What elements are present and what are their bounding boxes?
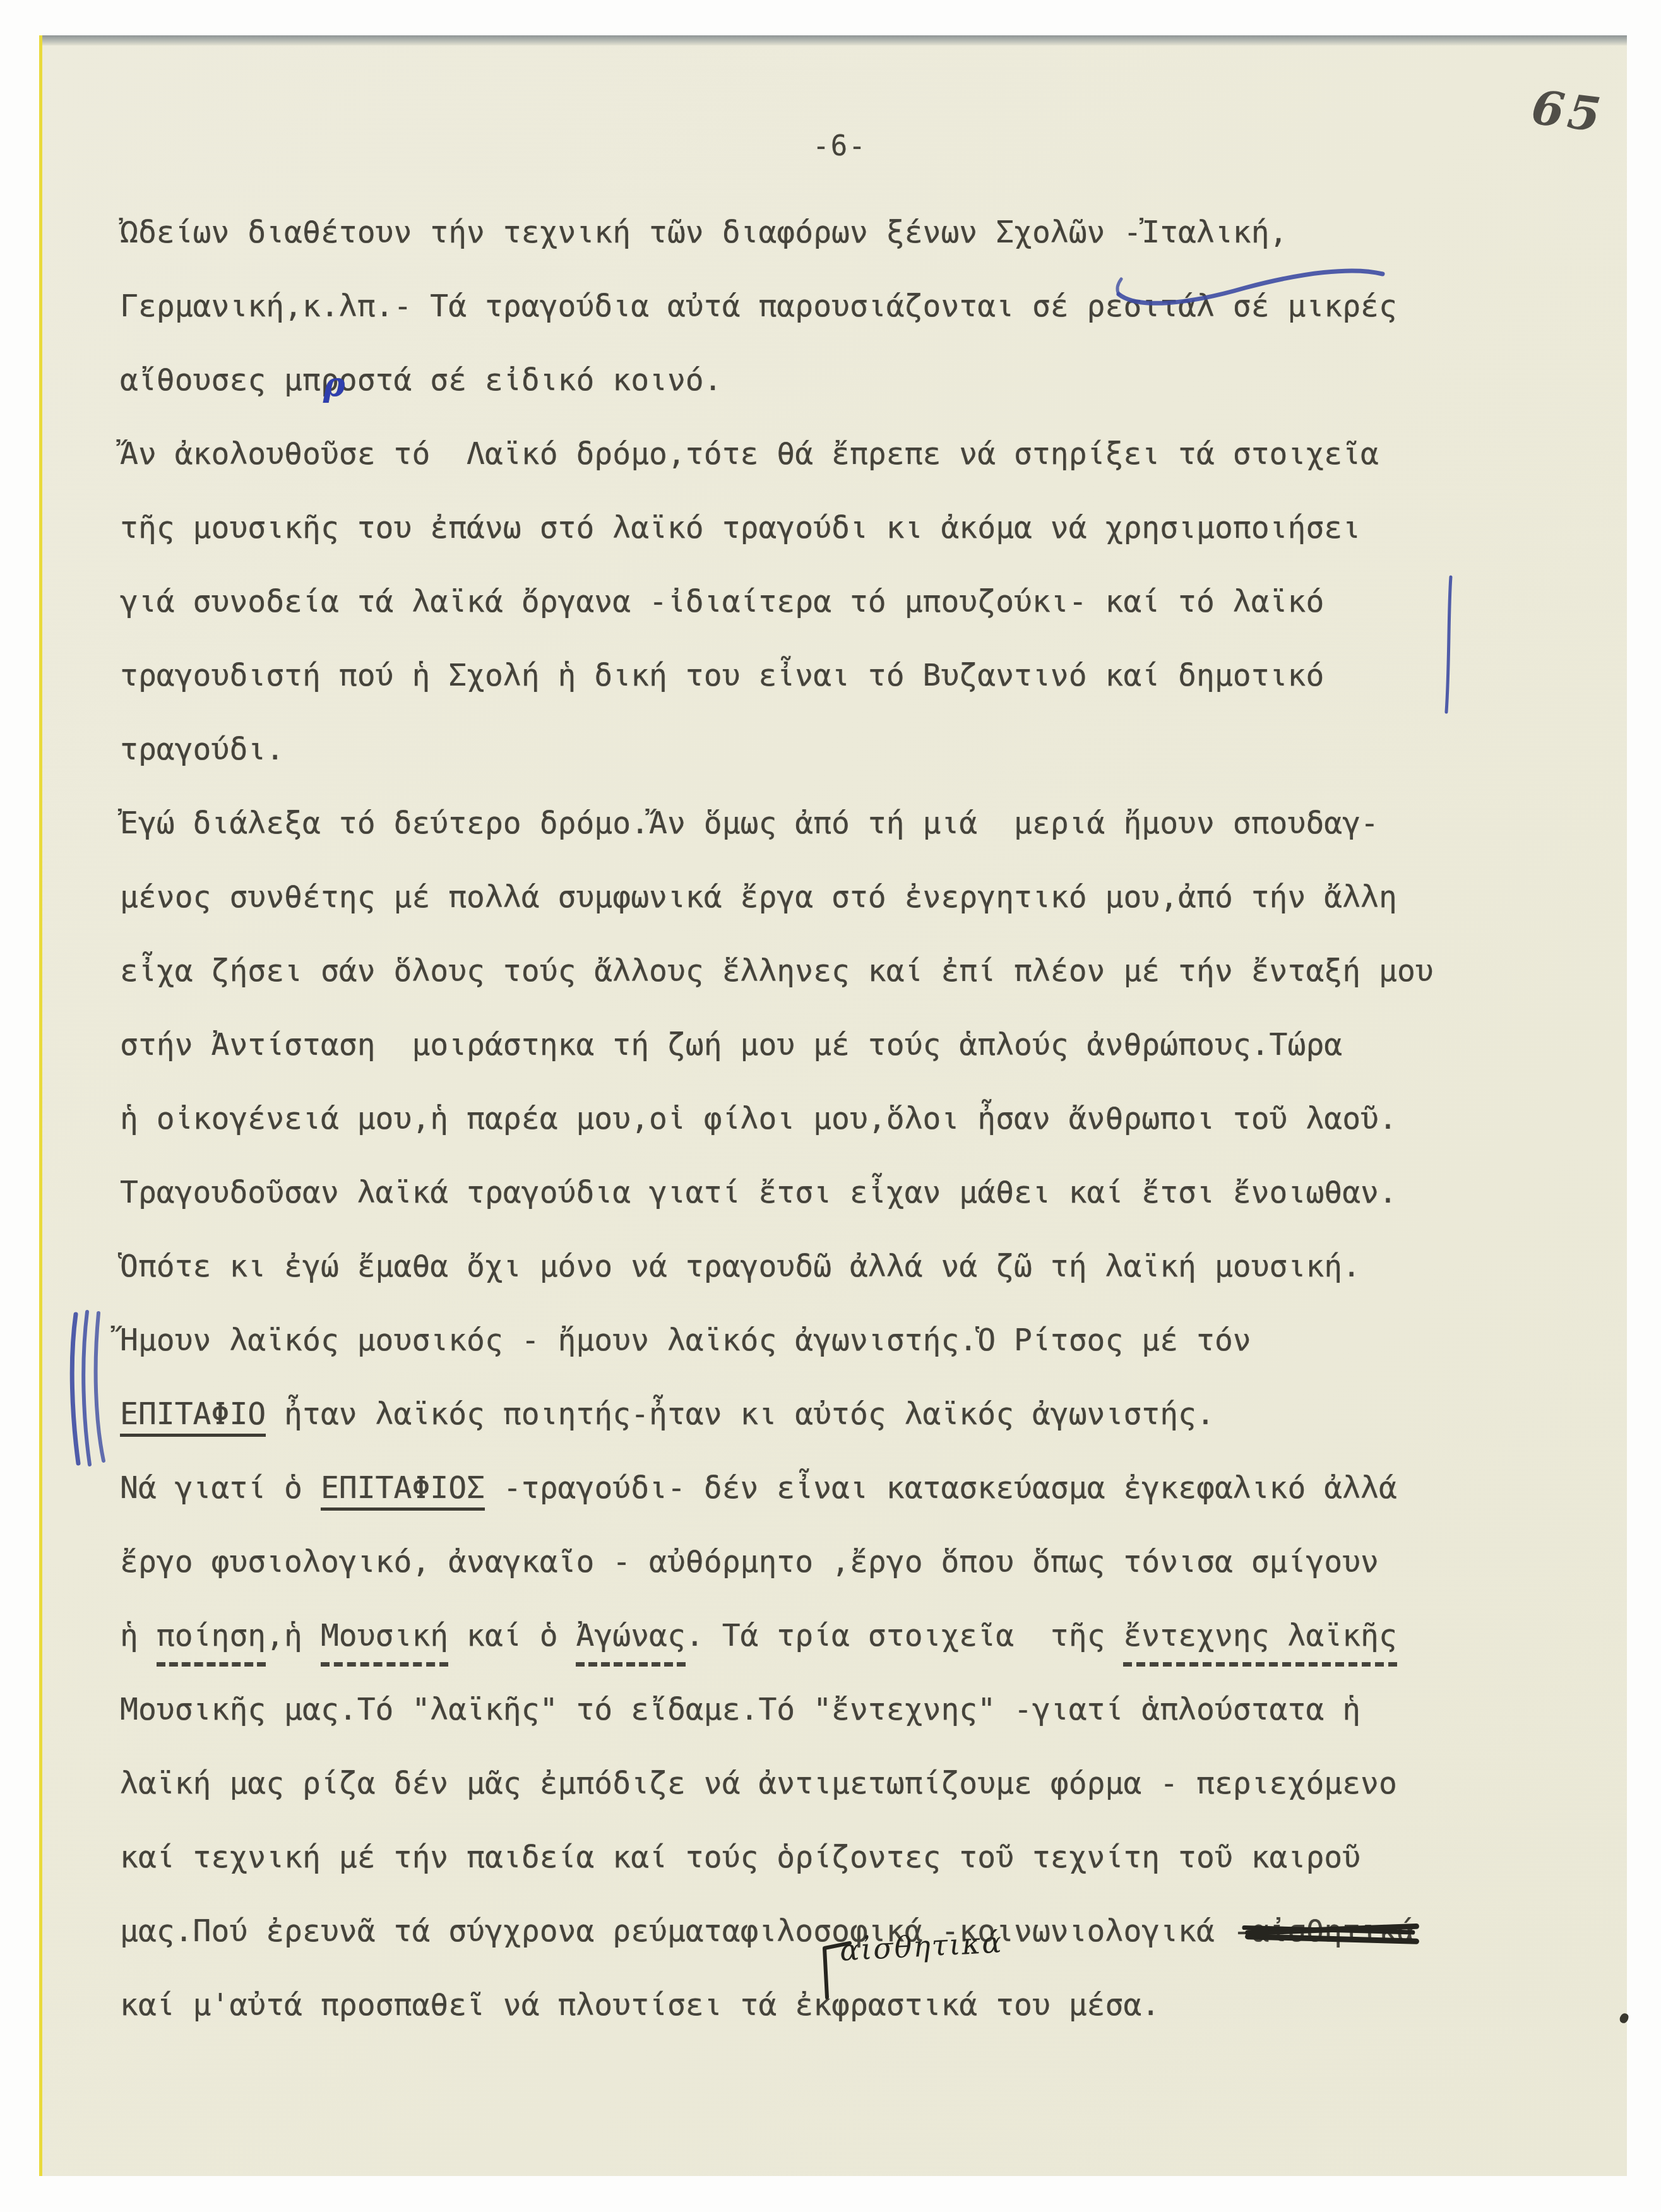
- handwritten-page-number: 65: [1528, 80, 1607, 143]
- blue-margin-line-right-annotation: [1442, 575, 1457, 714]
- typed-segment: Ἐγώ διάλεξα τό δεύτερο δρόμο.Ἄν ὅμως ἀπό…: [120, 806, 1379, 841]
- typed-segment: -τραγούδι- δέν εἶναι κατασκεύασμα ἐγκεφα…: [485, 1470, 1397, 1506]
- typed-line: Τραγουδοῦσαν λαϊκά τραγούδια γιατί ἔτσι …: [120, 1175, 1547, 1249]
- typed-segment-u-dash: ποίηση: [157, 1618, 266, 1667]
- typed-segment: Ὁπότε κι ἐγώ ἔμαθα ὄχι μόνο νά τραγουδῶ …: [120, 1249, 1360, 1284]
- typed-segment: οστά σέ εἰδικό κοινό.: [339, 362, 722, 398]
- typed-segment: καί τεχνική μέ τήν παιδεία καί τούς ὁρίζ…: [120, 1840, 1360, 1875]
- typed-line: λαϊκή μας ρίζα δέν μᾶς ἐμπόδιζε νά ἀντιμ…: [120, 1766, 1547, 1840]
- typed-segment: μένος συνθέτης μέ πολλά συμφωνικά ἔργα σ…: [120, 879, 1397, 915]
- blue-overwritten-letter: ρ: [323, 366, 345, 404]
- typed-lines: Ὠδείων διαθέτουν τήν τεχνική τῶν διαφόρω…: [120, 215, 1547, 2061]
- typed-page-number: -6-: [789, 130, 890, 162]
- typed-line: ἡ οἰκογένειά μου,ἡ παρέα μου,οἱ φίλοι μο…: [120, 1101, 1547, 1175]
- typed-segment: Ὠδείων διαθέτουν τήν τεχνική τῶν διαφόρω…: [120, 215, 1288, 250]
- typed-line: Ἐγώ διάλεξα τό δεύτερο δρόμο.Ἄν ὅμως ἀπό…: [120, 806, 1547, 879]
- typed-line: Ἤμουν λαϊκός μουσικός - ἤμουν λαϊκός ἀγω…: [120, 1323, 1547, 1396]
- typed-segment: Νά γιατί ὁ: [120, 1470, 321, 1506]
- typed-segment: Ἤμουν λαϊκός μουσικός - ἤμουν λαϊκός ἀγω…: [120, 1323, 1251, 1358]
- typed-segment: ἦταν λαϊκός ποιητής-ἦταν κι αὐτός λαϊκός…: [266, 1396, 1215, 1432]
- typed-segment: λαϊκή μας ρίζα δέν μᾶς ἐμπόδιζε νά ἀντιμ…: [120, 1766, 1397, 1801]
- typed-segment-u-dash: Ἀγώνας: [576, 1618, 685, 1667]
- typed-segment: καί ὁ: [448, 1618, 576, 1653]
- document-page: -6- 65 Ὠδείων διαθέτουν τήν τεχνική τῶν …: [39, 35, 1627, 2176]
- typed-line: Ἄν ἀκολουθοῦσε τό Λαϊκό δρόμο,τότε θά ἔπ…: [120, 436, 1547, 510]
- typed-line: Μουσικῆς μας.Τό "λαϊκῆς" τό εἴδαμε.Τό "ἔ…: [120, 1692, 1547, 1766]
- typed-segment: ἡ: [120, 1618, 157, 1653]
- scan-background: -6- 65 Ὠδείων διαθέτουν τήν τεχνική τῶν …: [0, 0, 1661, 2212]
- typed-segment: μας.Πού ἐρευνᾶ τά σύγχρονα ρεύματα: [120, 1913, 741, 1949]
- ink-spot: [1619, 2012, 1630, 2024]
- typed-segment: Μουσικῆς μας.Τό "λαϊκῆς" τό εἴδαμε.Τό "ἔ…: [120, 1692, 1360, 1727]
- typed-line: Νά γιατί ὁ ΕΠΙΤΑΦΙΟΣ -τραγούδι- δέν εἶνα…: [120, 1470, 1547, 1544]
- typed-segment: εἶχα ζήσει σάν ὅλους τούς ἄλλους ἕλληνες…: [120, 953, 1434, 989]
- typed-segment-u-solid: ΕΠΙΤΑΦΙΟΣ: [321, 1470, 485, 1511]
- typed-segment: Τραγουδοῦσαν λαϊκά τραγούδια γιατί ἔτσι …: [120, 1175, 1397, 1210]
- typed-line: γιά συνοδεία τά λαϊκά ὄργανα -ἰδιαίτερα …: [120, 584, 1547, 658]
- typed-segment: τραγούδι.: [120, 732, 284, 767]
- typed-line: στήν Ἀντίσταση μοιράστηκα τή ζωή μου μέ …: [120, 1027, 1547, 1101]
- typed-line: καί τεχνική μέ τήν παιδεία καί τούς ὁρίζ…: [120, 1840, 1547, 1913]
- typed-segment: γιά συνοδεία τά λαϊκά ὄργανα -ἰδιαίτερα …: [120, 584, 1324, 619]
- paper-edge-yellow: [39, 35, 42, 2176]
- typed-segment-strike: αἰσθητικά: [1251, 1913, 1415, 1949]
- typed-line: αἴθουσες μπρροστά σέ εἰδικό κοινό.: [120, 362, 1547, 436]
- typed-segment: τῆς μουσικῆς του ἐπάνω στό λαϊκό τραγούδ…: [120, 510, 1360, 545]
- typed-segment: αἴθουσες μπ: [120, 362, 321, 398]
- scanner-edge-shadow: [39, 35, 1627, 45]
- typed-segment: Ἄν ἀκολουθοῦσε τό Λαϊκό δρόμο,τότε θά ἔπ…: [120, 436, 1379, 472]
- typed-line: ἔργο φυσιολογικό, ἀναγκαῖο - αὐθόρμητο ,…: [120, 1544, 1547, 1618]
- typed-segment: ἔργο φυσιολογικό, ἀναγκαῖο - αὐθόρμητο ,…: [120, 1544, 1379, 1579]
- typed-line: Ὁπότε κι ἐγώ ἔμαθα ὄχι μόνο νά τραγουδῶ …: [120, 1249, 1547, 1323]
- blue-underline-swoosh-annotation: [1112, 261, 1390, 318]
- typed-segment-u-solid: ΕΠΙΤΑΦΙΟ: [120, 1396, 266, 1437]
- typed-line: τραγούδι.: [120, 732, 1547, 806]
- typed-line: ΕΠΙΤΑΦΙΟ ἦταν λαϊκός ποιητής-ἦταν κι αὐτ…: [120, 1396, 1547, 1470]
- typed-segment: . Τά τρία στοιχεῖα τῆς: [686, 1618, 1124, 1653]
- typed-line: ἡ ποίηση,ἡ Μουσική καί ὁ Ἀγώνας. Τά τρία…: [120, 1618, 1547, 1692]
- typed-segment: ,ἡ: [266, 1618, 321, 1653]
- typed-segment: καί μ'αὐτά προσπαθεῖ νά πλουτίσει τά ἐκφ…: [120, 1987, 1160, 2023]
- blue-margin-strokes-left-annotation: [66, 1309, 122, 1467]
- typed-segment: τραγουδιστή πού ἡ Σχολή ἡ δική του εἶναι…: [120, 658, 1324, 693]
- typed-line: τραγουδιστή πού ἡ Σχολή ἡ δική του εἶναι…: [120, 658, 1547, 732]
- typed-segment: στήν Ἀντίσταση μοιράστηκα τή ζωή μου μέ …: [120, 1027, 1342, 1062]
- typed-segment-u-dash: ἔντεχνης λαϊκῆς: [1123, 1618, 1396, 1667]
- typed-segment: ἡ οἰκογένειά μου,ἡ παρέα μου,οἱ φίλοι μο…: [120, 1101, 1397, 1136]
- typed-line: εἶχα ζήσει σάν ὅλους τούς ἄλλους ἕλληνες…: [120, 953, 1547, 1027]
- typed-segment-u-dash: Μουσική: [321, 1618, 448, 1667]
- typed-segment-ow: ρρ: [321, 362, 339, 398]
- typed-line: τῆς μουσικῆς του ἐπάνω στό λαϊκό τραγούδ…: [120, 510, 1547, 584]
- typed-line: μένος συνθέτης μέ πολλά συμφωνικά ἔργα σ…: [120, 879, 1547, 953]
